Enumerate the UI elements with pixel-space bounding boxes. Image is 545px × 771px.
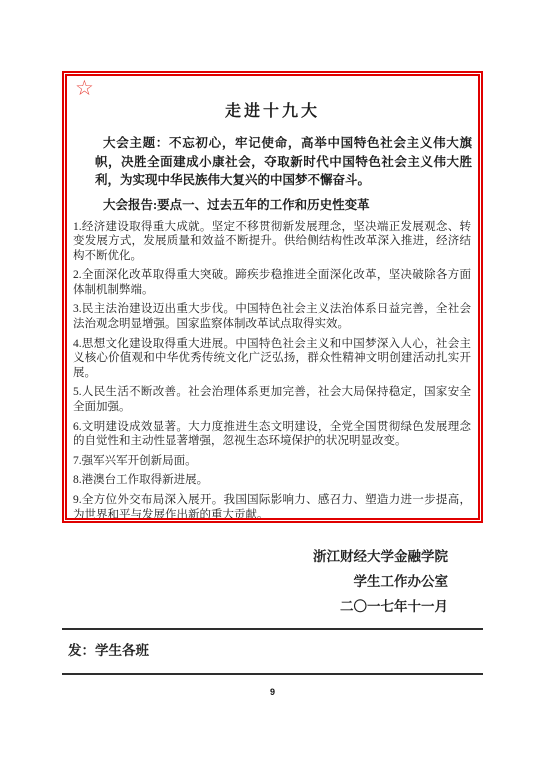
notice-title: 走进十九大 (67, 98, 478, 121)
list-item: 6.文明建设成效显著。大力度推进生态文明建设，全党全国贯彻绿色发展理念的自觉性和… (73, 420, 471, 449)
notice-border-box: ☆ 走进十九大 大会主题：不忘初心，牢记使命，高举中国特色社会主义伟大旗帜，决胜… (62, 71, 483, 523)
list-item: 8.港澳台工作取得新进展。 (73, 473, 471, 488)
document-page: ☆ 走进十九大 大会主题：不忘初心，牢记使命，高举中国特色社会主义伟大旗帜，决胜… (0, 0, 545, 771)
report-heading: 大会报告:要点一、过去五年的工作和历史性变革 (103, 197, 472, 213)
list-item: 9.全方位外交布局深入展开。我国国际影响力、感召力、塑造力进一步提高，为世界和平… (73, 493, 471, 522)
office-name: 学生工作办公室 (313, 574, 448, 589)
distribution-line: 发：学生各班 (68, 639, 149, 659)
star-icon: ☆ (75, 78, 94, 99)
report-item-list: 1.经济建设取得重大成就。坚定不移贯彻新发展理念，坚决端正发展观念、转变发展方式… (73, 220, 471, 524)
list-item: 7.强军兴军开创新局面。 (73, 454, 471, 469)
list-item: 1.经济建设取得重大成就。坚定不移贯彻新发展理念，坚决端正发展观念、转变发展方式… (73, 220, 471, 264)
theme-paragraph: 大会主题：不忘初心，牢记使命，高举中国特色社会主义伟大旗帜，决胜全面建成小康社会… (95, 134, 472, 190)
divider-line-bottom (62, 673, 483, 675)
list-item: 3.民主法治建设迈出重大步伐。中国特色社会主义法治体系日益完善，全社会法治观念明… (73, 302, 471, 331)
divider-line-top (62, 628, 483, 630)
list-item: 2.全面深化改革取得重大突破。蹄疾步稳推进全面深化改革，坚决破除各方面体制机制弊… (73, 268, 471, 297)
signature-block: 浙江财经大学金融学院 学生工作办公室 二〇一七年十一月 (313, 549, 448, 624)
page-number: 9 (62, 687, 483, 697)
list-item: 4.思想文化建设取得重大进展。中国特色社会主义和中国梦深入人心，社会主义核心价值… (73, 337, 471, 381)
org-name: 浙江财经大学金融学院 (313, 549, 448, 564)
list-item: 5.人民生活不断改善。社会治理体系更加完善，社会大局保持稳定，国家安全全面加强。 (73, 385, 471, 414)
issue-date: 二〇一七年十一月 (313, 599, 448, 614)
theme-label: 大会主题： (103, 136, 169, 150)
